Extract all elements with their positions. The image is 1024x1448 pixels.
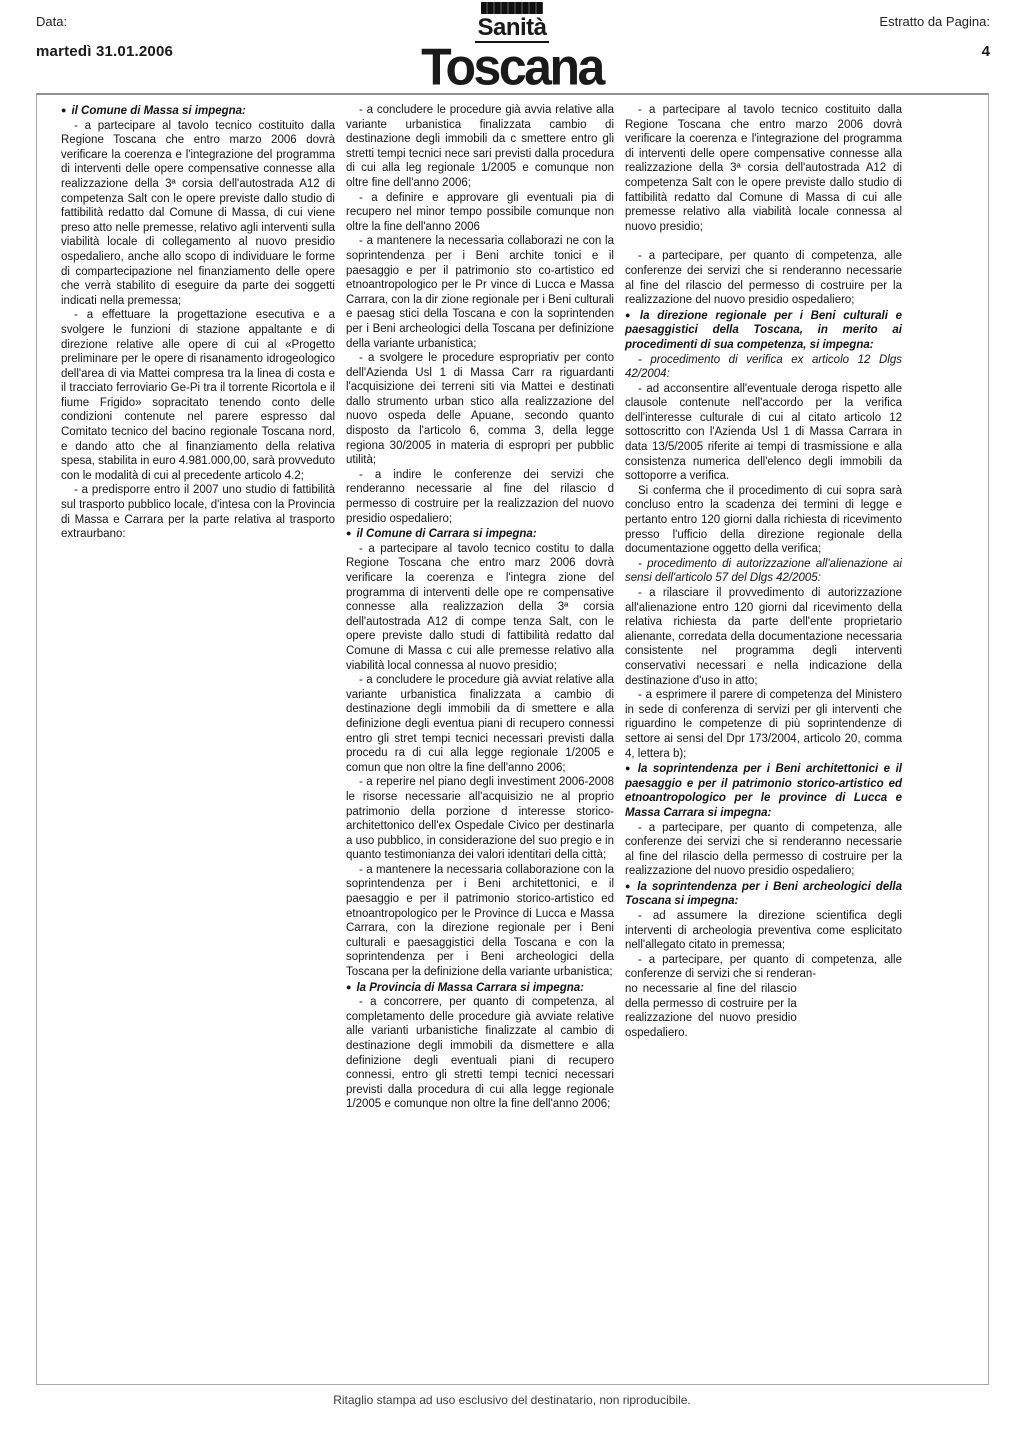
section-heading-text: la Provincia di Massa Carrara si impegna…	[356, 982, 584, 994]
paragraph: - a svolgere le procedure espropriativ p…	[346, 351, 614, 468]
column-3: - a partecipare al tavolo tecnico costit…	[625, 103, 902, 1112]
section-heading: ●il Comune di Carrara si impegna:	[346, 526, 614, 542]
paragraph: - a mantenere la necessaria collaborazi …	[346, 234, 614, 351]
page-header: Data: martedì 31.01.2006 Sanità Toscana …	[0, 0, 1024, 92]
bullet-icon: ●	[346, 528, 351, 538]
logo-toscana: Toscana	[0, 43, 1024, 91]
paragraph: - a definire e approvare gli eventuali p…	[346, 191, 614, 235]
bullet-icon: ●	[625, 763, 633, 773]
paragraph: - a concludere le procedure già avvia re…	[346, 103, 614, 191]
paragraph: - a partecipare, per quanto di competenz…	[625, 821, 902, 879]
section-heading: ●la soprintendenza per i Beni archeologi…	[625, 879, 902, 909]
page-number: 4	[879, 43, 990, 60]
paragraph: - ad assumere la direzione scientifica d…	[625, 909, 902, 953]
paragraph: - a partecipare, per quanto di competenz…	[625, 249, 902, 307]
section-heading-text: la direzione regionale per i Beni cultur…	[625, 310, 902, 351]
section-heading: ●la Provincia di Massa Carrara si impegn…	[346, 980, 614, 996]
paragraph: no necessarie al fine del rilascio della…	[625, 982, 797, 1040]
paragraph: - a concludere le procedure già avviat r…	[346, 673, 614, 775]
section-heading: ●la soprintendenza per i Beni architetto…	[625, 761, 902, 820]
column-1: ●il Comune di Massa si impegna:- a parte…	[61, 103, 335, 1112]
section-heading-text: il Comune di Massa si impegna:	[71, 105, 245, 117]
bullet-icon: ●	[625, 881, 632, 891]
section-heading-text: la soprintendenza per i Beni architetton…	[625, 763, 902, 819]
press-clipping-box: ●il Comune di Massa si impegna:- a parte…	[36, 93, 989, 1385]
paragraph: - procedimento di verifica ex articolo 1…	[625, 353, 902, 382]
section-heading-text: il Comune di Carrara si impegna:	[356, 528, 536, 540]
paragraph: - a rilasciare il provvedimento di autor…	[625, 586, 902, 688]
column-2: - a concludere le procedure già avvia re…	[346, 103, 614, 1112]
paragraph: - a partecipare al tavolo tecnico costit…	[61, 119, 335, 309]
section-heading: ●la direzione regionale per i Beni cultu…	[625, 308, 902, 353]
paragraph: Si conferma che il procedimento di cui s…	[625, 484, 902, 557]
paragraph: - a reperire nel piano degli investiment…	[346, 775, 614, 863]
bullet-icon: ●	[346, 982, 351, 992]
paragraph: - a concorrere, per quanto di competenza…	[346, 995, 614, 1112]
paragraph: - a mantenere la necessaria collaborazio…	[346, 863, 614, 980]
page-extract-label: Estratto da Pagina:	[879, 14, 990, 29]
paragraph: - a predisporre entro il 2007 uno studio…	[61, 483, 335, 541]
paragraph: - a partecipare al tavolo tecnico costit…	[346, 542, 614, 673]
section-heading: ●il Comune di Massa si impegna:	[61, 103, 335, 119]
publication-logo: Sanità Toscana	[0, 2, 1024, 89]
paragraph: - ad acconsentire all'eventuale deroga r…	[625, 382, 902, 484]
paragraph: - a effettuare la progettazione esecutiv…	[61, 308, 335, 483]
section-heading-text: la soprintendenza per i Beni archeologic…	[625, 881, 902, 908]
paragraph: - a partecipare, per quanto di competenz…	[625, 953, 902, 982]
footer-disclaimer: Ritaglio stampa ad uso esclusivo del des…	[0, 1393, 1024, 1407]
page-extract-block: Estratto da Pagina: 4	[879, 14, 990, 60]
masthead-strip-icon	[481, 2, 543, 14]
paragraph: - a esprimere il parere di competenza de…	[625, 688, 902, 761]
paragraph: - a partecipare al tavolo tecnico costit…	[625, 103, 902, 234]
paragraph: - a indire le conferenze dei servizi che…	[346, 468, 614, 526]
article-columns: ●il Comune di Massa si impegna:- a parte…	[37, 95, 988, 1112]
bullet-icon: ●	[61, 105, 66, 115]
paragraph: - procedimento di autorizzazione all'ali…	[625, 557, 902, 586]
bullet-icon: ●	[625, 310, 635, 320]
